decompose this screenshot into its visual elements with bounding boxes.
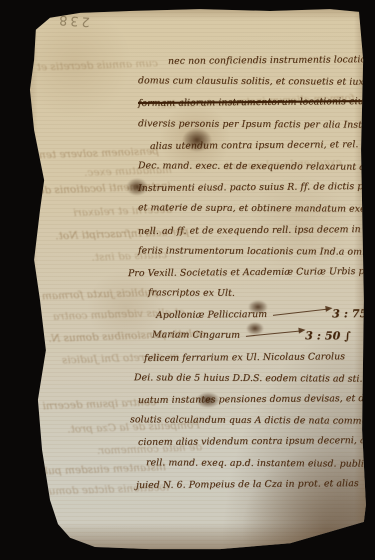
manuscript-line: nec non conficiendis instrumentis locati… <box>168 49 374 72</box>
entry-amount: 3 : 50 ∫ <box>305 326 351 347</box>
manuscript-line: uatum instantes pensiones domus devisas,… <box>138 388 374 411</box>
ink-blot <box>246 322 264 335</box>
verso-bleedthrough-line: cum annuis decretis et <box>8 57 158 76</box>
entry-name: Mariam Cingarum <box>152 325 240 347</box>
manuscript-line: Dec. mand. exec. et de exequendo relaxar… <box>138 155 374 178</box>
manuscript-line: Pro Vexill. Societatis et Academiæ Curiæ… <box>128 261 374 284</box>
ink-blot <box>196 392 220 408</box>
manuscript-line: diversis personis per Ipsum factis per a… <box>138 113 374 136</box>
manuscript-line: solutis calculandum quas A dictis de nat… <box>130 409 374 432</box>
leader-stroke <box>273 309 329 316</box>
entry-amount: 3 : 75 ∫ <box>332 303 375 325</box>
manuscript-line: domus cum clausulis solitis, et consueti… <box>138 70 374 93</box>
ink-blot <box>182 128 212 152</box>
ink-blot <box>248 300 268 314</box>
manuscript-line: et materie de supra, et obtinere mandatu… <box>138 198 374 221</box>
manuscript-line: Instrumenti eiusd. pacto suius R. ff. de… <box>138 176 374 199</box>
manuscript-line: Dei. sub die 5 huius D.D.S. eodem citati… <box>134 367 374 390</box>
manuscript-line: juied N. 6. Pompeius de la Cza in prot. … <box>136 473 374 496</box>
manuscript-page: 238 cum annuis decretis et pensionem sol… <box>22 8 368 553</box>
verso-bleedthrough-line: pensionem solvere tene <box>4 145 159 164</box>
manuscript-text: nec non conficiendis instrumentis locati… <box>138 50 374 495</box>
manuscript-line: nell. ad ff. et de exequendo rell. ipsa … <box>138 218 374 241</box>
manuscript-line: felicem ferrarium ex Ul. Nicolaus Carolu… <box>144 346 374 369</box>
manuscript-scan: 238 cum annuis decretis et pensionem sol… <box>0 0 375 560</box>
ink-blot <box>126 178 148 196</box>
folio-number: 238 <box>36 10 91 29</box>
manuscript-line: cionem alias videndum contra ipsum decer… <box>138 430 374 453</box>
verso-bleedthrough-line: publicis juxta formam <box>8 286 158 305</box>
manuscript-line: rell. mand. exeq. ap.d. instantem eiusd.… <box>146 452 374 475</box>
manuscript-line: feriis instrumentorum locationis cum Ind… <box>138 240 374 263</box>
manuscript-line-struck-through: formam aliorum instrumentorum locationis… <box>138 91 374 114</box>
